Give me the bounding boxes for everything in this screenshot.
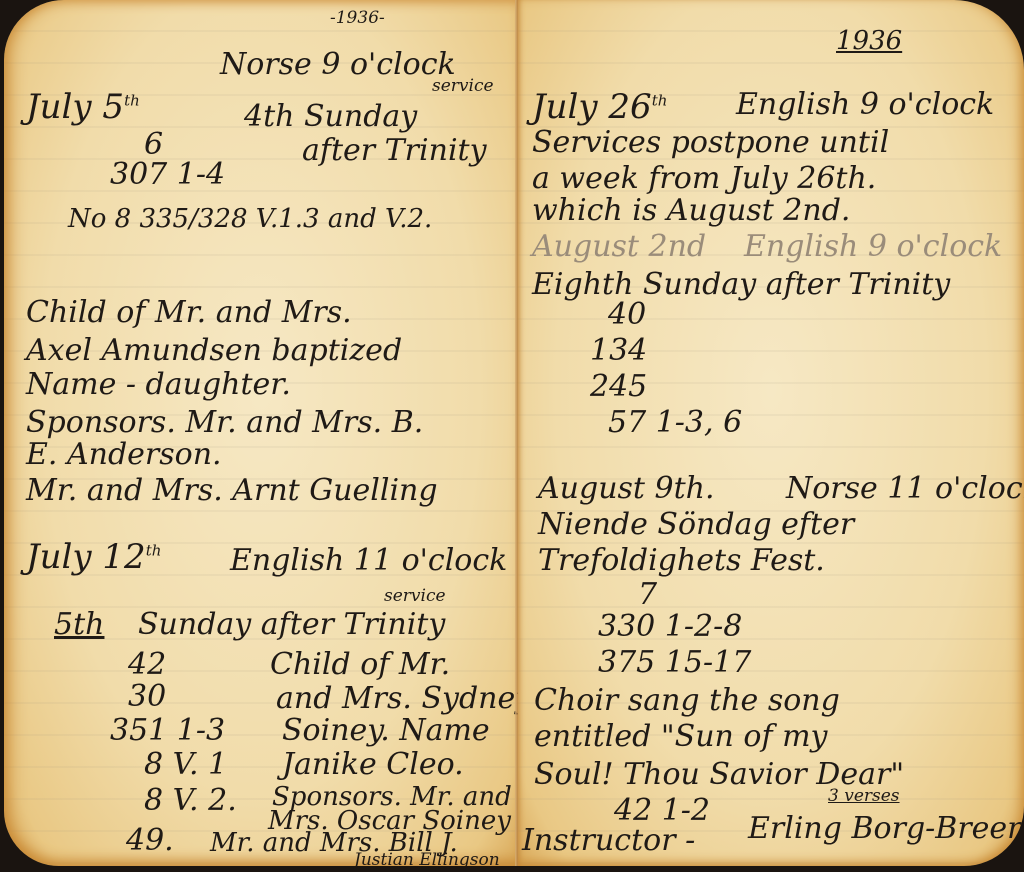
baptism-line-4: Sponsors. Mr. and Mrs. B. (26, 408, 423, 438)
norwegian-line-2: Trefoldighets Fest. (538, 546, 825, 576)
date-suffix: th (652, 92, 668, 110)
service-word-july12: service (384, 588, 446, 605)
hymn-note-july5: No 8 335/328 V.1.3 and V.2. (68, 206, 432, 232)
hymn-aug2-4: 57 1-3, 6 (608, 408, 742, 438)
instructor-name: Erling Borg-Breen (748, 814, 1024, 844)
hymn-july12-5: 8 V. 2. (144, 786, 237, 816)
baptism2-line-8: Justian Ellingson (354, 852, 500, 866)
notebook-spread: -1936- July 5th Norse 9 o'clock service … (0, 0, 1024, 872)
hymn-july12-4: 8 V. 1 (144, 750, 227, 780)
left-page: -1936- July 5th Norse 9 o'clock service … (4, 0, 518, 866)
baptism-line-2: Axel Amundsen baptized (26, 336, 402, 366)
sunday-july5: 4th Sunday (244, 102, 417, 132)
hymn-july12-1: 42 (128, 650, 166, 680)
hymn-july12-2: 30 (128, 682, 166, 712)
hymn-aug9-2: 330 1-2-8 (598, 612, 742, 642)
verses-note: 3 verses (828, 788, 900, 805)
hymn-aug9-3: 375 15-17 (598, 648, 751, 678)
entry-date-july12: July 12th (26, 540, 161, 574)
hymn-july12-3: 351 1-3 (110, 716, 225, 746)
right-page: 1936 July 26th English 9 o'clock Service… (518, 0, 1024, 866)
hymn-july5-1: 6 (144, 130, 163, 160)
sunday-aug2: Eighth Sunday after Trinity (532, 270, 950, 300)
date-aug2: August 2nd (532, 232, 706, 262)
date-suffix: th (146, 542, 162, 560)
hymn-aug2-2: 134 (590, 336, 647, 366)
right-year-header: 1936 (836, 28, 902, 54)
hymn-aug9-1: 7 (638, 580, 657, 610)
date-aug9: August 9th. (538, 474, 715, 504)
service-july5: Norse 9 o'clock (220, 50, 456, 80)
baptism2-line-2: and Mrs. Sydney (276, 684, 518, 714)
choir-line-2: entitled "Sun of my (534, 722, 828, 752)
hymn-july5-2: 307 1-4 (110, 160, 225, 190)
service-aug2: English 9 o'clock (744, 232, 1002, 262)
baptism2-line-1: Child of Mr. (270, 650, 450, 680)
entry-date-july5: July 5th (26, 90, 140, 124)
date-suffix: th (124, 92, 140, 110)
date-text: July 5 (26, 87, 124, 127)
hymn-aug2-3: 245 (590, 372, 647, 402)
left-year-header: -1936- (330, 10, 385, 27)
baptism-line-5: E. Anderson. (26, 440, 222, 470)
note-july26-line-2: a week from July 26th. (532, 164, 876, 194)
service-word-july5: service (432, 78, 494, 95)
date-text: July 26 (532, 87, 652, 127)
entry-date-july26: July 26th (532, 90, 667, 124)
sunday-ordinal-july12: 5th (54, 610, 104, 640)
baptism2-line-3: Soiney. Name (282, 716, 490, 746)
service-aug9: Norse 11 o'clock (786, 474, 1024, 504)
hymn-july12-6: 49. (126, 826, 174, 856)
baptism2-line-4: Janike Cleo. (282, 750, 464, 780)
service-july12: English 11 o'clock (230, 546, 507, 576)
instructor-label: Instructor - (522, 826, 695, 856)
choir-line-1: Choir sang the song (534, 686, 840, 716)
baptism-line-6: Mr. and Mrs. Arnt Guelling (26, 476, 438, 506)
hymn-aug2-1: 40 (608, 300, 646, 330)
note-july26-line-1: Services postpone until (532, 128, 889, 158)
after-trinity-july5: after Trinity (302, 136, 487, 166)
sunday-july12: Sunday after Trinity (138, 610, 445, 640)
note-july26-line-3: which is August 2nd. (532, 196, 850, 226)
norwegian-line-1: Niende Söndag efter (538, 510, 854, 540)
baptism-line-1: Child of Mr. and Mrs. (26, 298, 352, 328)
closing-hymn: 42 1-2 (614, 796, 710, 826)
baptism-line-3: Name - daughter. (26, 370, 291, 400)
date-text: July 12 (26, 537, 146, 577)
service-july26: English 9 o'clock (736, 90, 994, 120)
